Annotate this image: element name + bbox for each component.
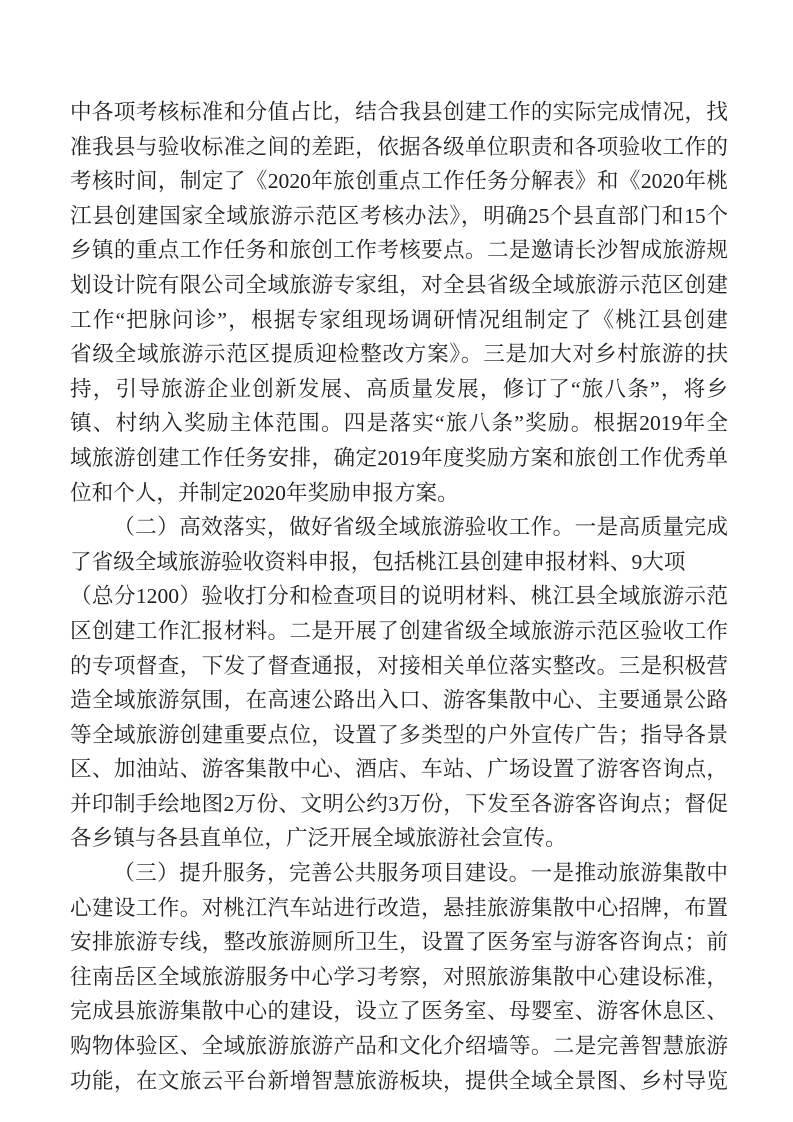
- text-line: 位和个人，并制定2020年奖励申报方案。: [70, 476, 728, 511]
- text-line: 完成县旅游集散中心的建设，设立了医务室、母婴室、游客休息区、: [70, 994, 728, 1029]
- text-line: 功能，在文旅云平台新增智慧旅游板块，提供全域全景图、乡村导览: [70, 1064, 728, 1099]
- text-line: 乡镇的重点工作任务和旅创工作考核要点。二是邀请长沙智成旅游规: [70, 233, 728, 268]
- document-text-body: 中各项考核标准和分值占比，结合我县创建工作的实际完成情况，找 准我县与验收标准之…: [70, 95, 728, 1098]
- text-line: 了省级全域旅游验收资料申报，包括桃江县创建申报材料、9大项: [70, 545, 728, 580]
- text-line: 区创建工作汇报材料。二是开展了创建省级全域旅游示范区验收工作: [70, 614, 728, 649]
- text-line: 考核时间，制定了《2020年旅创重点工作任务分解表》和《2020年桃: [70, 164, 728, 199]
- text-line: 往南岳区全域旅游服务中心学习考察，对照旅游集散中心建设标准，: [70, 960, 728, 995]
- text-line: 购物体验区、全域旅游旅游产品和文化介绍墙等。二是完善智慧旅游: [70, 1029, 728, 1064]
- document-page: 中各项考核标准和分值占比，结合我县创建工作的实际完成情况，找 准我县与验收标准之…: [0, 0, 793, 1122]
- text-line: 等全域旅游创建重要点位，设置了多类型的户外宣传广告；指导各景: [70, 718, 728, 753]
- text-line: 安排旅游专线，整改旅游厕所卫生，设置了医务室与游客咨询点；前: [70, 925, 728, 960]
- paragraph-start-line: （二）高效落实，做好省级全域旅游验收工作。一是高质量完成: [70, 510, 728, 545]
- text-line: 中各项考核标准和分值占比，结合我县创建工作的实际完成情况，找: [70, 95, 728, 130]
- paragraph-start-line: （三）提升服务，完善公共服务项目建设。一是推动旅游集散中: [70, 856, 728, 891]
- text-line: 区、加油站、游客集散中心、酒店、车站、广场设置了游客咨询点，: [70, 752, 728, 787]
- text-line: （总分1200）验收打分和检查项目的说明材料、桃江县全域旅游示范: [70, 579, 728, 614]
- text-line: 工作“把脉问诊”，根据专家组现场调研情况组制定了《桃江县创建: [70, 303, 728, 338]
- text-line: 镇、村纳入奖励主体范围。四是落实“旅八条”奖励。根据2019年全: [70, 406, 728, 441]
- text-line: 域旅游创建工作任务安排，确定2019年度奖励方案和旅创工作优秀单: [70, 441, 728, 476]
- text-line: 心建设工作。对桃江汽车站进行改造，悬挂旅游集散中心招牌，布置: [70, 891, 728, 926]
- text-line: 准我县与验收标准之间的差距，依据各级单位职责和各项验收工作的: [70, 130, 728, 165]
- text-line: 江县创建国家全域旅游示范区考核办法》，明确25个县直部门和15个: [70, 199, 728, 234]
- text-line: 省级全域旅游示范区提质迎检整改方案》。三是加大对乡村旅游的扶: [70, 337, 728, 372]
- text-line: 持，引导旅游企业创新发展、高质量发展，修订了“旅八条”，将乡: [70, 372, 728, 407]
- text-line: 造全域旅游氛围，在高速公路出入口、游客集散中心、主要通景公路: [70, 683, 728, 718]
- text-line: 划设计院有限公司全域旅游专家组，对全县省级全域旅游示范区创建: [70, 268, 728, 303]
- text-line: 的专项督查，下发了督查通报，对接相关单位落实整改。三是积极营: [70, 649, 728, 684]
- text-line: 并印制手绘地图2万份、文明公约3万份，下发至各游客咨询点；督促: [70, 787, 728, 822]
- text-line: 各乡镇与各县直单位，广泛开展全域旅游社会宣传。: [70, 821, 728, 856]
